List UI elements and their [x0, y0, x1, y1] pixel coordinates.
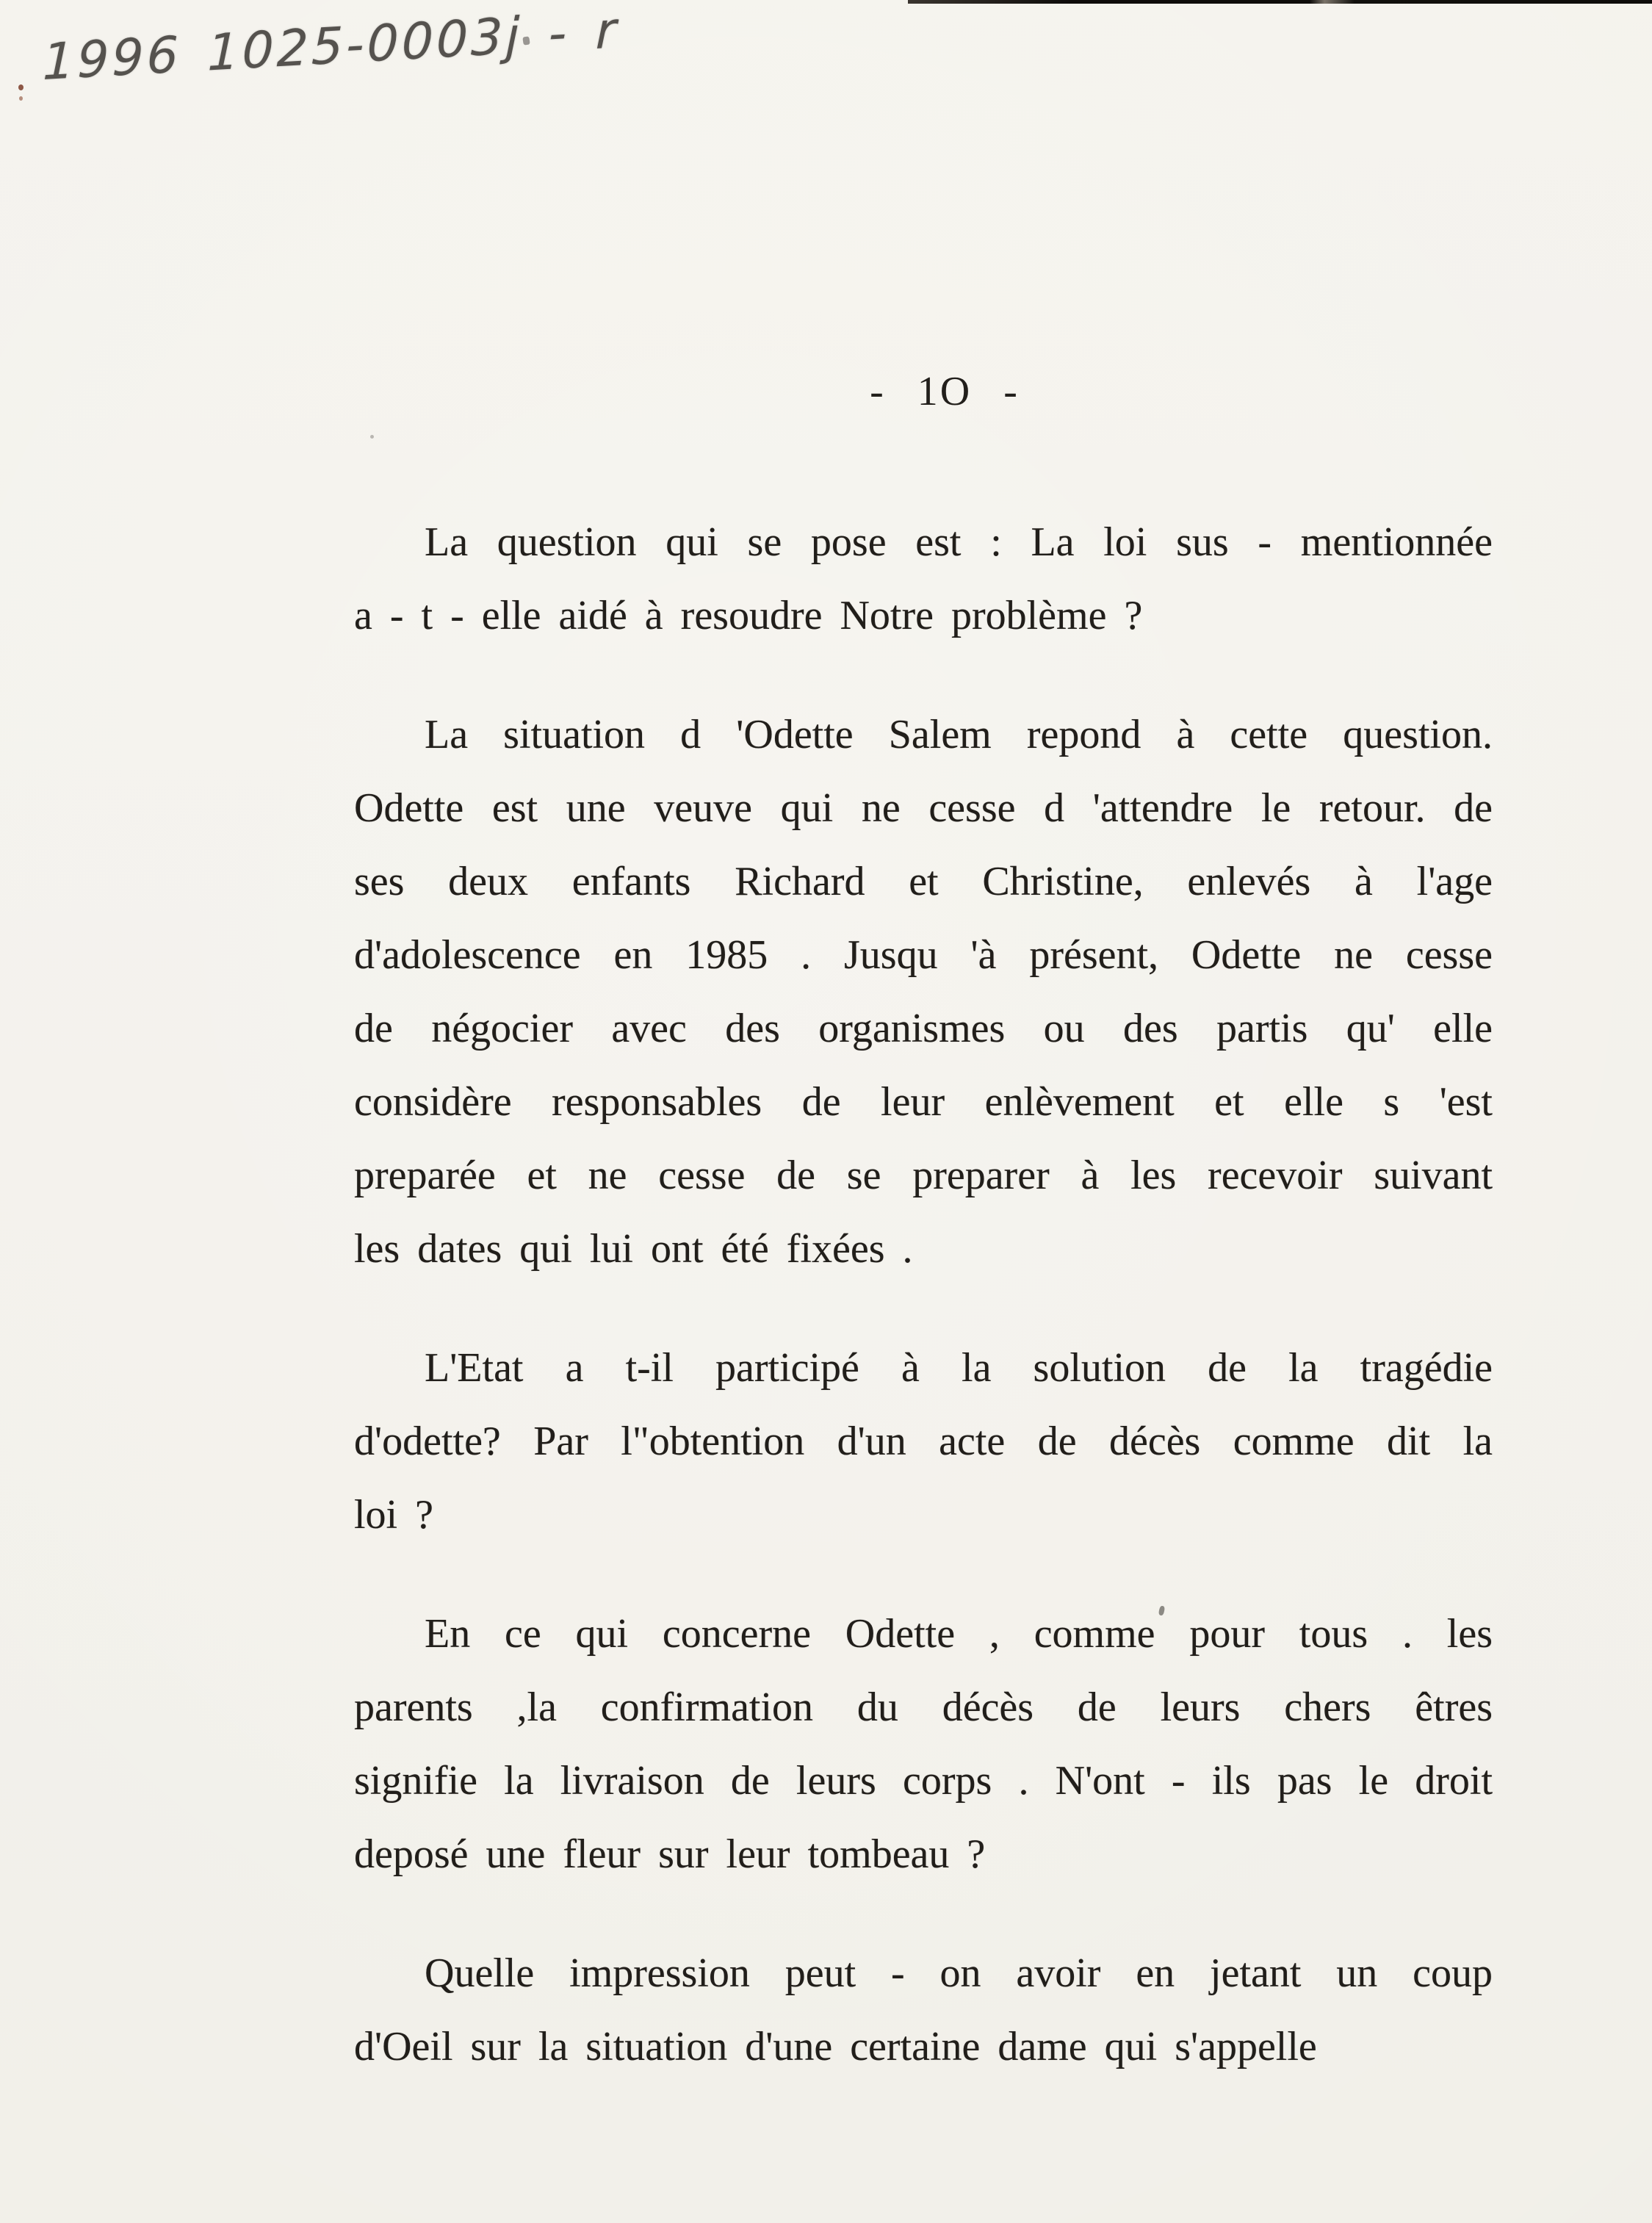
text-line: d'Oeil sur la situation d'une certaine d… — [354, 2010, 1493, 2083]
paragraph: L'Etat a t-il participé à la solution de… — [354, 1331, 1493, 1552]
text-line: d'odette? Par l"obtention d'un acte de d… — [354, 1405, 1493, 1478]
text-line: deposé une fleur sur leur tombeau ? — [354, 1817, 1493, 1891]
text-line: signifie la livraison de leurs corps . N… — [354, 1744, 1493, 1817]
text-line: parents ,la confirmation du décès de leu… — [354, 1671, 1493, 1744]
text-line: de négocier avec des organismes ou des p… — [354, 992, 1493, 1065]
scan-top-edge — [908, 0, 1652, 4]
scanned-page: 1996 1025-0003j - r - 1O - La question q… — [0, 0, 1652, 2223]
text-line: les dates qui lui ont été fixées . — [354, 1212, 1493, 1286]
text-line: a - t - elle aidé à resoudre Notre probl… — [354, 579, 1493, 652]
text-line: En ce qui concerne Odette , comme pour t… — [354, 1597, 1493, 1671]
scan-speck — [18, 84, 24, 90]
text-line: loi ? — [354, 1478, 1493, 1552]
text-line: considère responsables de leur enlèvemen… — [354, 1065, 1493, 1139]
text-line: preparée et ne cesse de se preparer à le… — [354, 1139, 1493, 1212]
scan-speck — [370, 435, 374, 439]
page-number: - 1O - — [357, 370, 1532, 414]
text-line: La situation d 'Odette Salem repond à ce… — [354, 698, 1493, 771]
text-line: La question qui se pose est : La loi sus… — [354, 505, 1493, 579]
text-line: L'Etat a t-il participé à la solution de… — [354, 1331, 1493, 1405]
scan-speck — [19, 96, 23, 101]
paragraph: La question qui se pose est : La loi sus… — [354, 505, 1493, 652]
text-line: Quelle impression peut - on avoir en jet… — [354, 1936, 1493, 2010]
handwritten-annotation: 1996 1025-0003j - r — [42, 1, 619, 92]
paragraph: En ce qui concerne Odette , comme pour t… — [354, 1597, 1493, 1891]
document-body: La question qui se pose est : La loi sus… — [354, 505, 1493, 2083]
text-line: ses deux enfants Richard et Christine, e… — [354, 845, 1493, 918]
text-line: Odette est une veuve qui ne cesse d 'att… — [354, 771, 1493, 845]
paragraph: Quelle impression peut - on avoir en jet… — [354, 1936, 1493, 2083]
text-line: d'adolescence en 1985 . Jusqu 'à présent… — [354, 918, 1493, 992]
scan-speck — [522, 36, 530, 45]
paragraph: La situation d 'Odette Salem repond à ce… — [354, 698, 1493, 1286]
